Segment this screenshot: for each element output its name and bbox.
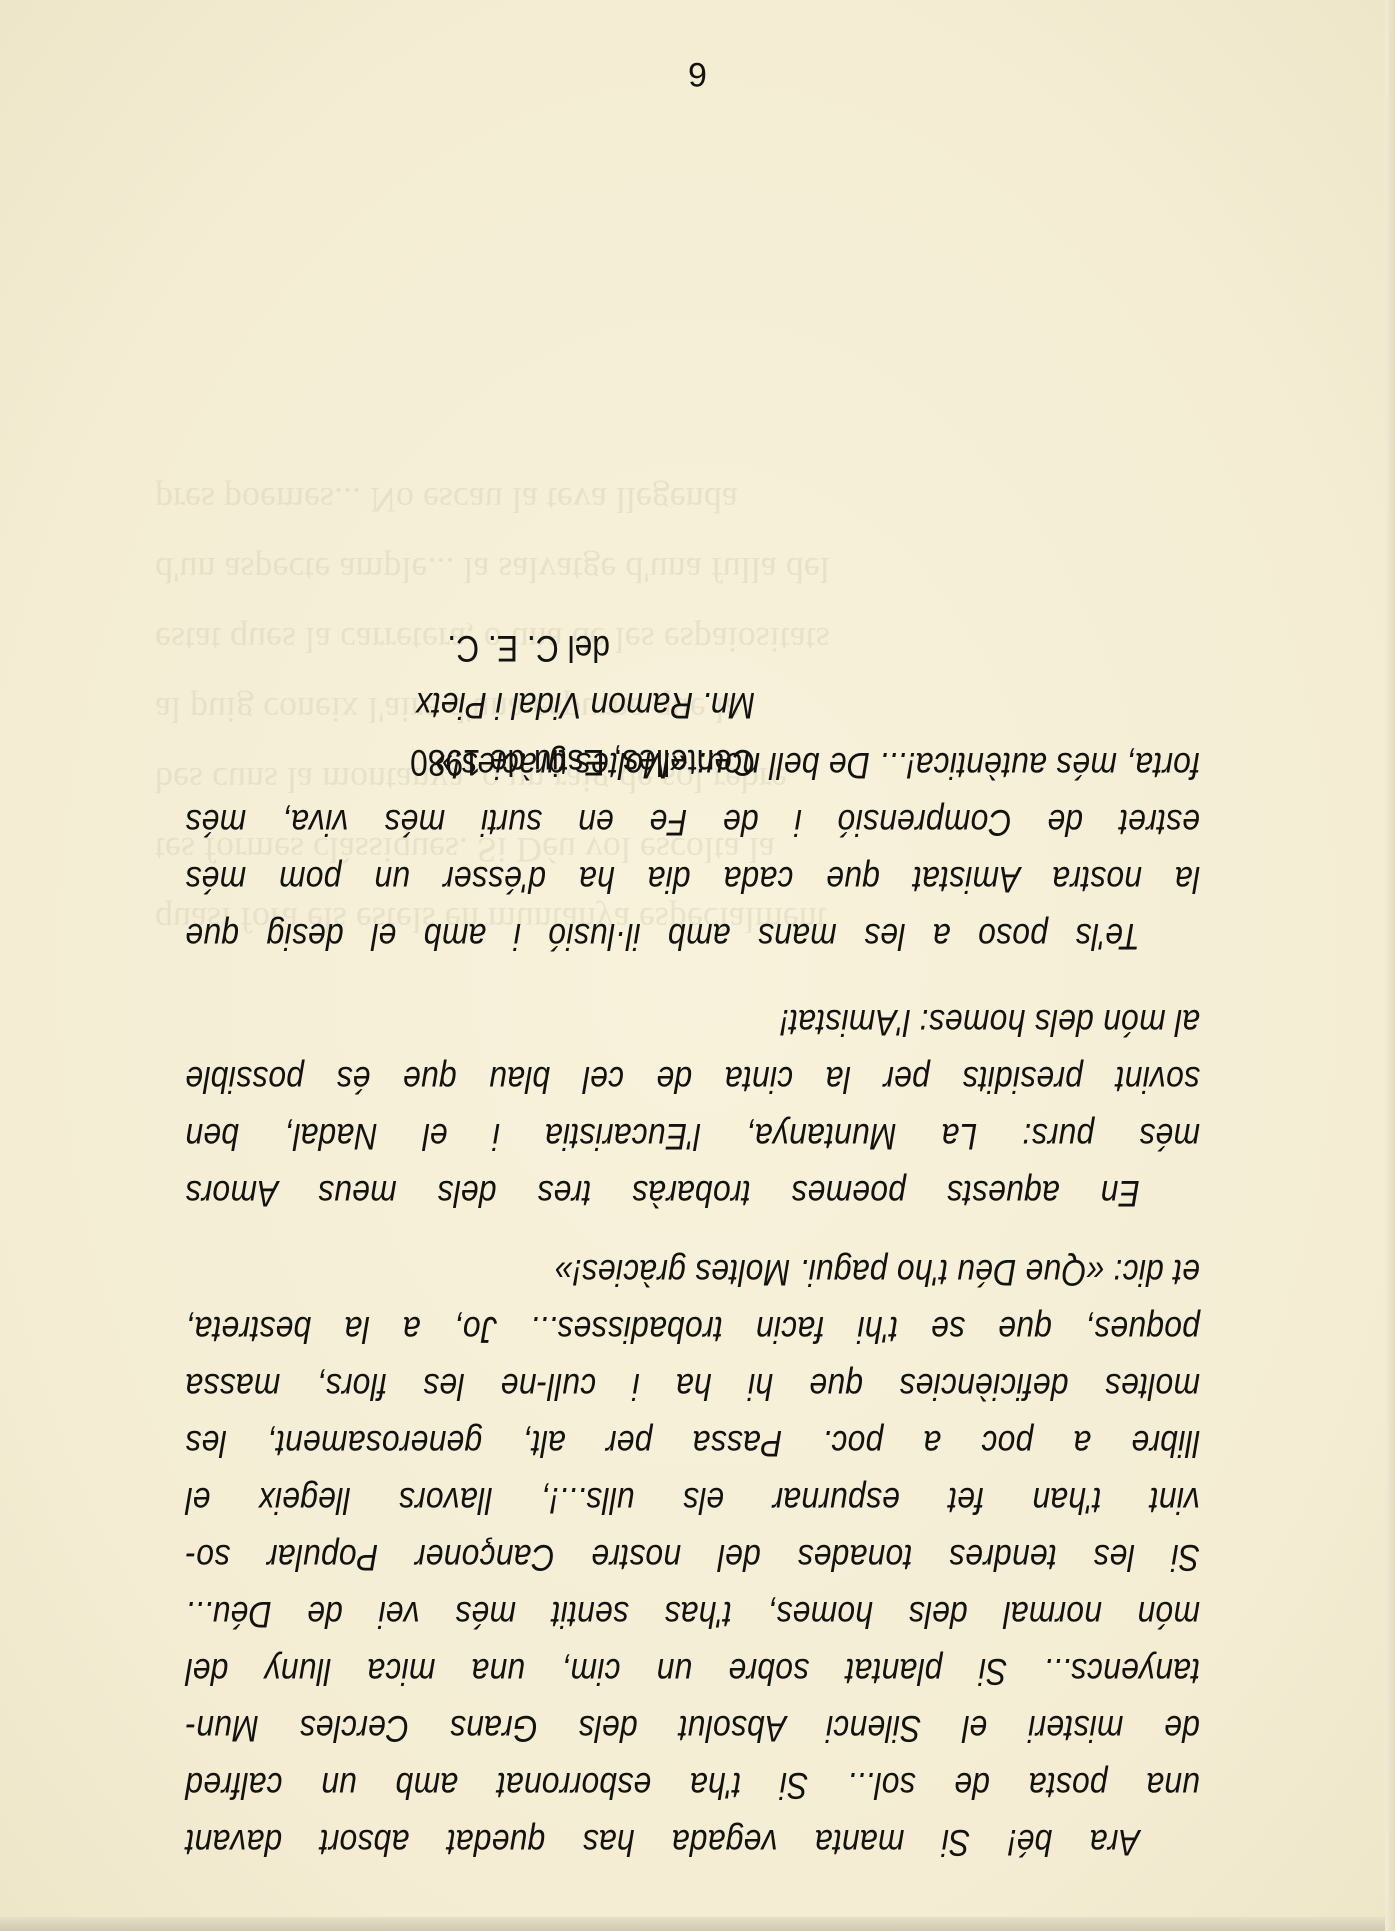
text-line: de misteri el Silenci Absolut dels Grans… — [185, 1707, 1200, 1749]
signature-place-date: Centelles, Estiu de 1980 — [410, 741, 755, 783]
page-edge-right — [1385, 0, 1395, 1931]
bleed-through-line: d'un aspecte ample... la salvatge d'una … — [155, 549, 1205, 591]
text-line: Si les tendres tonades del nostre Cançon… — [185, 1536, 1200, 1578]
bleed-through-line: pres poemes... No escau la teva llegenda — [155, 479, 1205, 521]
text-line: una posta de sol... Si t'ha esborronat a… — [185, 1764, 1200, 1806]
scanned-page: pres poemes... No escau la teva llegenda… — [0, 0, 1395, 1931]
signature-affiliation: del C. E. C. — [447, 627, 610, 669]
signature-author: Mn. Ramon Vidal i Pietx — [416, 684, 755, 726]
text-line: Ara bé! Si manta vegada has quedat absor… — [185, 1821, 1200, 1863]
text-line: llibre a poc a poc. Passa per alt, gener… — [185, 1422, 1200, 1464]
text-line: poques, que se t'hi facin trobadisses...… — [185, 1308, 1200, 1350]
text-line: vint t'han fet espurnar els ulls...!, ll… — [185, 1479, 1200, 1521]
text-line: et dic: «Que Déu t'ho pagui. Moltes gràc… — [185, 1251, 1200, 1293]
page-number: 6 — [0, 54, 1395, 93]
text-line: estret de Comprensió i de Fe en surti mé… — [185, 801, 1200, 843]
text-line: moltes deficiències que hi ha i cull-ne … — [185, 1365, 1200, 1407]
text-line: món normal dels homes, t'has sentit més … — [185, 1593, 1200, 1635]
bleed-through-line: estat ques la carretera, o una de les es… — [155, 619, 1205, 661]
text-line: sovint presidits per la cinta de cel bla… — [185, 1058, 1200, 1100]
text-line: més purs: La Muntanya, l'Eucaristia i el… — [185, 1115, 1200, 1157]
text-line: En aquests poemes trobaràs tres dels meu… — [185, 1172, 1200, 1214]
text-line: al món dels homes: l'Amistat! — [185, 1001, 1200, 1043]
text-line: tanyencs... Si plantat sobre un cim, una… — [185, 1650, 1200, 1692]
text-line: Te'ls poso a les mans amb il·lusió i amb… — [185, 915, 1200, 957]
text-line: la nostra Amistat que cada dia ha d'ésse… — [185, 858, 1200, 900]
page-edge-bottom — [0, 1917, 1395, 1931]
